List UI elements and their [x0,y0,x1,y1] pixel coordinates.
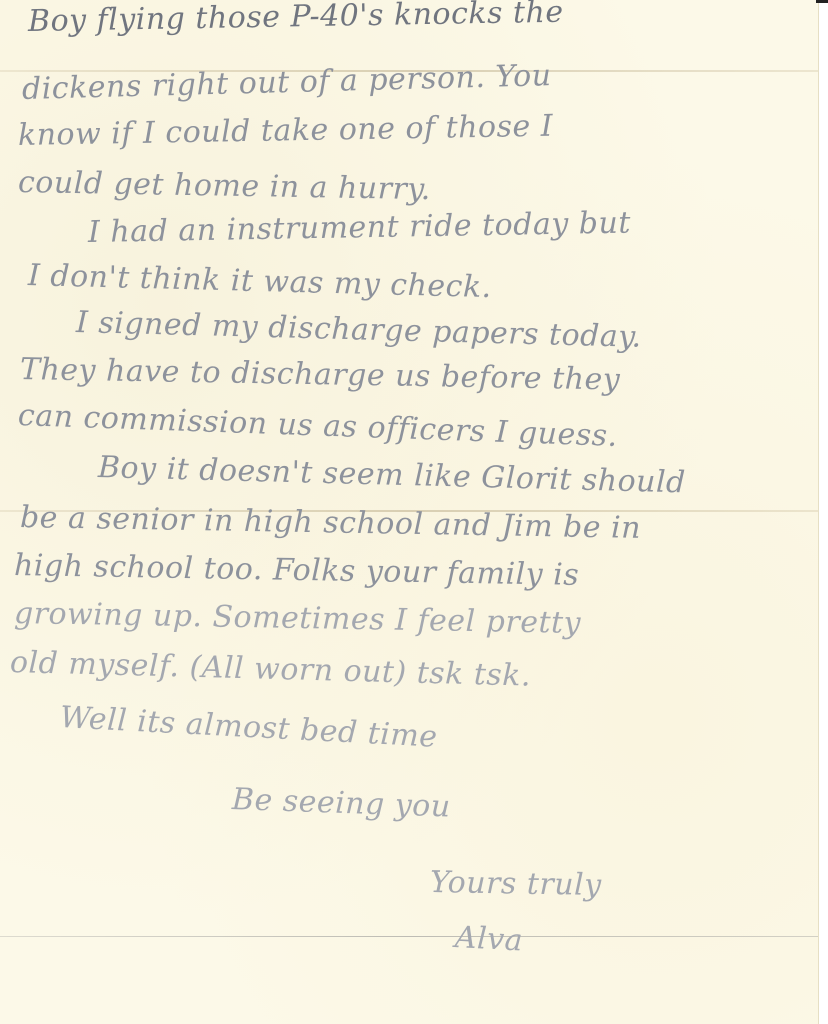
letter-signature: Alva [454,920,524,959]
letter-line: know if I could take one of those I [18,109,554,153]
scan-edge [816,0,828,3]
letter-line: Be seeing you [231,782,451,825]
letter-line: can commission us as officers I guess. [17,398,618,454]
letter-line: They have to discharge us before they [20,352,621,397]
letter-line: old myself. (All worn out) tsk tsk. [10,645,532,694]
letter-line: I signed my discharge papers today. [76,305,643,355]
letter-line: high school too. Folks your family is [14,548,580,593]
paper-fold-line [0,936,818,937]
letter-line: Boy it doesn't seem like Glorit should [98,450,687,500]
letter-line: growing up. Sometimes I feel pretty [14,596,582,641]
letter-line: be a senior in high school and Jim be in [20,500,642,546]
letter-closing: Yours truly [430,865,602,903]
letter-line: Well its almost bed time [59,700,438,755]
letter-page: Boy flying those P-40's knocks the dicke… [0,0,819,1024]
letter-line: I had an instrument ride today but [88,206,631,250]
letter-line: dickens right out of a person. You [22,58,552,107]
letter-line: Boy flying those P-40's knocks the [28,0,564,39]
letter-line: could get home in a hurry. [18,165,431,207]
letter-line: I don't think it was my check. [28,258,493,305]
